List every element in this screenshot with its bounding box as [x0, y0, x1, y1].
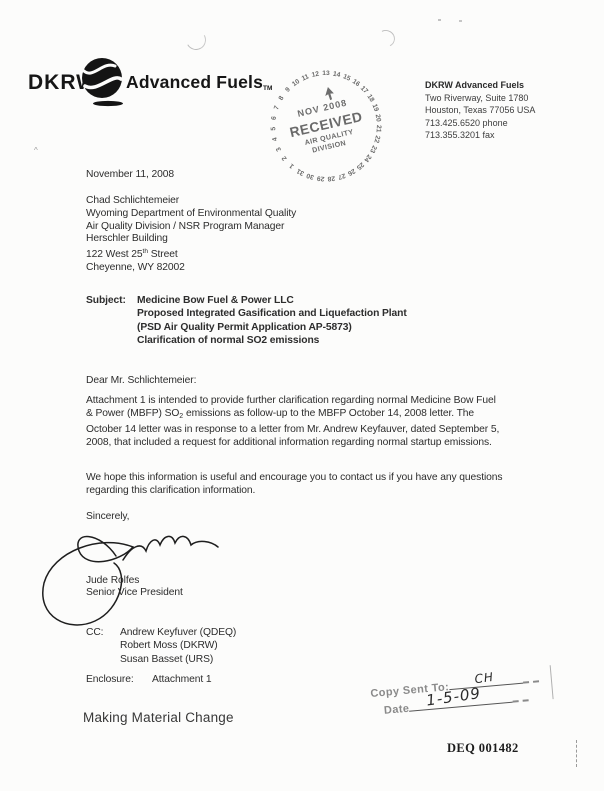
scan-artifact	[576, 740, 577, 767]
stamp-dial-number: 25	[355, 161, 365, 171]
stamp-dial-number: 8	[278, 95, 286, 102]
globe-icon	[81, 57, 125, 107]
cc-name: Robert Moss (DKRW)	[120, 639, 236, 652]
subject-label: Subject:	[86, 294, 126, 307]
stamp-dial-number: 30	[305, 171, 314, 180]
stamp-dial-number: 28	[327, 174, 335, 182]
stamp-dial-number: 2	[281, 154, 289, 161]
scan-artifact	[459, 20, 462, 22]
company-address-line: Two Riverway, Suite 1780	[425, 92, 590, 105]
stamp-dial-number: 7	[273, 105, 281, 111]
company-phone: 713.425.6520 phone	[425, 117, 590, 130]
salutation: Dear Mr. Schlichtemeier:	[86, 374, 196, 387]
date-pointer-icon	[323, 86, 335, 101]
brand-text: Advanced Fuels	[126, 72, 263, 92]
stamp-dial-number: 15	[342, 73, 352, 82]
recipient-line: Cheyenne, WY 82002	[86, 262, 296, 275]
stamp-dial-number: 4	[271, 136, 279, 142]
company-logo-brand: Advanced FuelsTM	[126, 72, 272, 93]
scan-artifact	[375, 28, 397, 50]
cc-list: Andrew Keyfuver (QDEQ) Robert Moss (DKRW…	[120, 626, 236, 666]
recipient-name: Chad Schlichtemeier	[86, 195, 296, 208]
scan-artifact	[184, 28, 208, 52]
recipient-line: Air Quality Division / NSR Program Manag…	[86, 221, 296, 234]
subject-line: Medicine Bow Fuel & Power LLC	[137, 294, 537, 307]
stamp-dash-marks	[512, 687, 529, 702]
body-paragraph: We hope this information is useful and e…	[86, 471, 502, 497]
scan-artifact: ^	[34, 146, 38, 155]
closing: Sincerely,	[86, 510, 129, 523]
enclosure-label: Enclosure:	[86, 673, 134, 686]
stamp-dial-number: 6	[271, 115, 279, 120]
stamp-dial-number: 31	[295, 167, 305, 177]
stamp-dial-number: 22	[372, 135, 381, 144]
cc-name: Andrew Keyfuver (QDEQ)	[120, 626, 236, 639]
company-address-block: DKRW Advanced Fuels Two Riverway, Suite …	[425, 79, 590, 142]
stamp-dial-number: 19	[370, 103, 379, 113]
stamp-dash-marks	[522, 668, 539, 683]
bates-number: DEQ 001482	[447, 741, 519, 756]
company-fax: 713.355.3201 fax	[425, 129, 590, 142]
company-address-line: Houston, Texas 77056 USA	[425, 104, 590, 117]
enclosure-value: Attachment 1	[152, 673, 211, 686]
recipient-line: Herschler Building	[86, 233, 296, 246]
copy-sent-stamp: Copy Sent To:CH Date1-5-09	[370, 668, 550, 717]
stamp-dial-number: 27	[337, 171, 346, 180]
stamp-dial-number: 10	[291, 78, 301, 88]
footer-note: Making Material Change	[83, 711, 234, 724]
recipient-line: Wyoming Department of Environmental Qual…	[86, 208, 296, 221]
cc-label: CC:	[86, 626, 103, 639]
stamp-dial-number: 24	[362, 153, 372, 163]
stamp-dial-number: 13	[322, 70, 330, 77]
subject-line: Clarification of normal SO2 emissions	[137, 334, 537, 347]
cc-name: Susan Basset (URS)	[120, 653, 236, 666]
received-stamp: 1234567891011121314151617181920212223242…	[263, 61, 389, 187]
scan-artifact	[438, 19, 441, 21]
stamp-dial-number: 23	[368, 144, 378, 154]
recipient-line: 122 West 25th Street	[86, 246, 296, 262]
date-label: Date	[383, 703, 409, 717]
stamp-dial-number: 20	[374, 114, 382, 123]
stamp-dial-number: 29	[316, 174, 324, 182]
letter-date: November 11, 2008	[86, 168, 174, 181]
stamp-dial-number: 5	[270, 126, 277, 130]
subject-line: Proposed Integrated Gasification and Liq…	[137, 307, 537, 320]
stamp-dial-number: 12	[311, 71, 320, 79]
stamp-dial-number: 17	[359, 85, 369, 95]
recipient-address-block: Chad Schlichtemeier Wyoming Department o…	[86, 195, 296, 275]
signer-title: Senior Vice President	[86, 586, 183, 599]
stamp-dial-number: 18	[365, 93, 375, 103]
stamp-dial-number: 11	[301, 73, 311, 82]
body-paragraph: Attachment 1 is intended to provide furt…	[86, 394, 499, 449]
scanned-letter-page: ^ DKRW Advanced FuelsTM DKRW Advanced Fu…	[0, 0, 604, 791]
stamp-dial-number: 21	[375, 125, 382, 133]
stamp-dial-number: 26	[346, 167, 356, 177]
stamp-dial-number: 1	[288, 162, 296, 170]
stamp-dial-number: 3	[275, 146, 283, 153]
subject-line: (PSD Air Quality Permit Application AP-5…	[137, 321, 537, 334]
company-name: DKRW Advanced Fuels	[425, 79, 590, 92]
stamp-dial-number: 16	[351, 78, 361, 88]
stamp-dial-number: 9	[284, 86, 292, 94]
stamp-dial-number: 14	[332, 71, 341, 79]
stamp-edge-mark	[550, 665, 554, 699]
